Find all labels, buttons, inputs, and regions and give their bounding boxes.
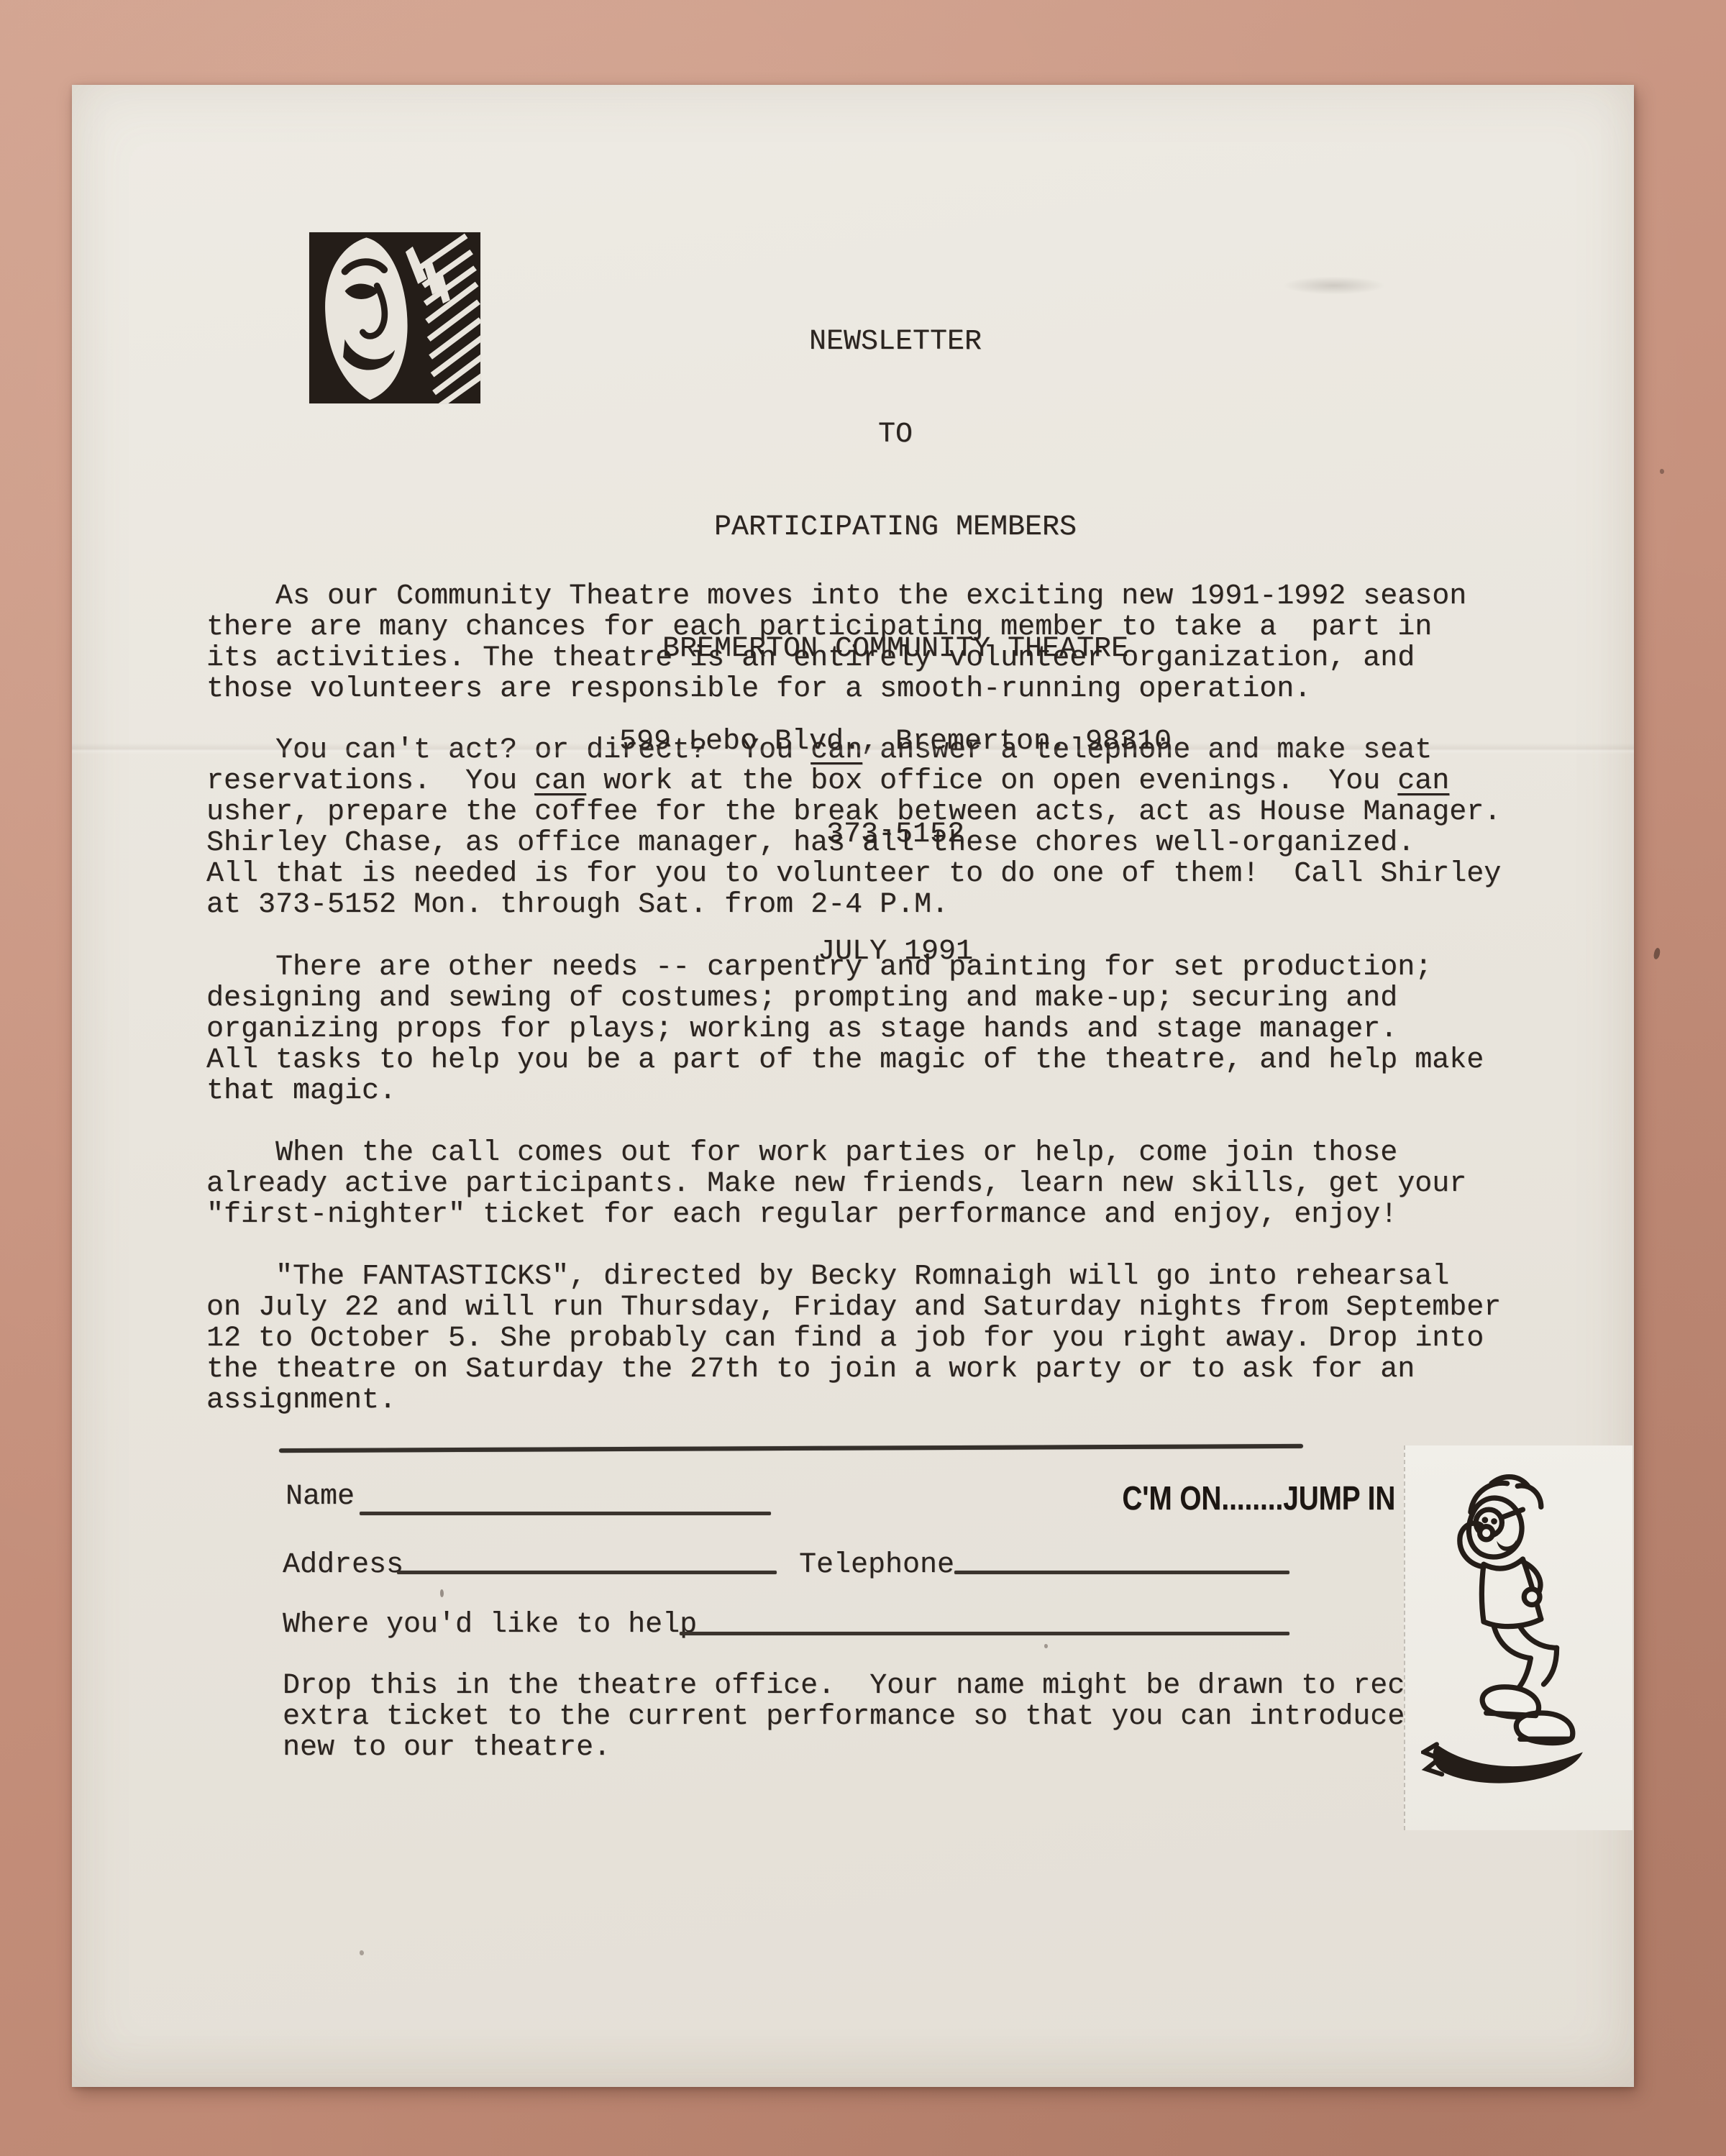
paragraph-work-parties: When the call comes out for work parties…: [206, 1138, 1466, 1230]
dust-speck: [1044, 1644, 1048, 1648]
mat-speck: [1660, 469, 1664, 474]
address-label: Address: [283, 1550, 403, 1581]
mat-speck: [1653, 947, 1661, 959]
paragraph-season-intro: As our Community Theatre moves into the …: [206, 581, 1466, 705]
paragraph-other-needs: There are other needs -- carpentry and p…: [206, 952, 1484, 1107]
name-blank-line: [360, 1512, 771, 1515]
paragraph-volunteer-jobs: You can't act? or direct? You can answer…: [206, 735, 1501, 921]
tear-off-divider-line: [279, 1444, 1303, 1453]
pasted-clipart-strip: [1404, 1445, 1633, 1830]
photo-of-newsletter: { "page": { "backdrop_color": "#c6917d",…: [0, 0, 1726, 2156]
name-label: Name: [286, 1481, 355, 1512]
drop-off-note: Drop this in the theatre office. Your na…: [283, 1671, 1543, 1763]
dust-speck: [440, 1589, 444, 1597]
telephone-label: Telephone: [799, 1550, 954, 1581]
where-to-help-blank-line: [680, 1632, 1289, 1635]
ink-smudge: [1266, 273, 1402, 298]
page-title-line2: TO: [320, 419, 1471, 450]
page-title-line3: PARTICIPATING MEMBERS: [320, 512, 1471, 543]
page-title-line1: NEWSLETTER: [320, 326, 1471, 357]
where-to-help-label: Where you'd like to help: [283, 1609, 697, 1640]
jumping-person-icon: [1421, 1463, 1617, 1809]
dust-speck: [360, 1950, 364, 1955]
address-blank-line: [397, 1571, 777, 1574]
telephone-blank-line: [954, 1571, 1289, 1574]
paragraph-fantasticks: "The FANTASTICKS", directed by Becky Rom…: [206, 1261, 1501, 1416]
newsletter-page: NEWSLETTER TO PARTICIPATING MEMBERS BREM…: [72, 85, 1634, 2087]
cmon-jump-in-text: C'M ON........JUMP IN: [1122, 1479, 1395, 1517]
